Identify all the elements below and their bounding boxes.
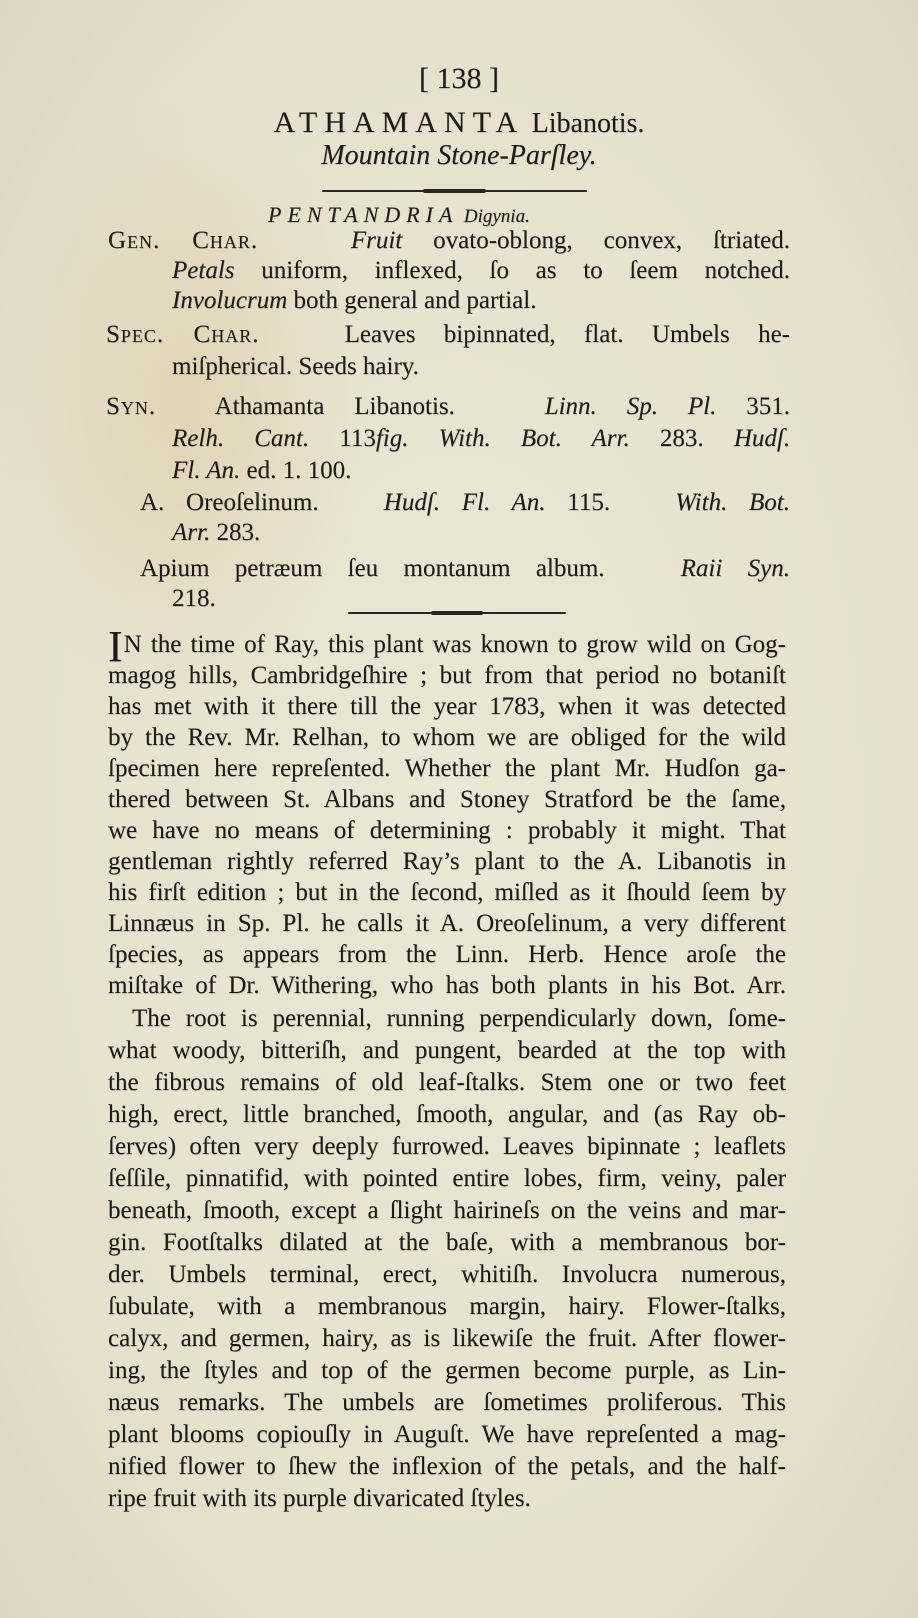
- body-line: high, erect, little branched, ſmooth, an…: [108, 1100, 786, 1130]
- body-line: his firſt edition ; but in the ſecond, m…: [108, 878, 786, 908]
- spec-char-label: Spec. Char.: [106, 321, 259, 348]
- body-line: the fibrous remains of old leaf-ſtalks. …: [108, 1068, 786, 1098]
- body-line: der. Umbels terminal, erect, whitiſh. In…: [108, 1260, 786, 1290]
- body-line: beneath, ſmooth, except a ſlight hairine…: [108, 1196, 786, 1226]
- syn-ref: Linn. Sp. Pl.: [545, 393, 717, 420]
- body-line: has met with it there till the year 1783…: [108, 692, 786, 722]
- syn-num: 115.: [567, 489, 610, 516]
- body-line: gentleman rightly referred Ray’s plant t…: [108, 847, 786, 877]
- syn-name: A. Oreoſelinum.: [140, 489, 319, 516]
- body-line: næus remarks. The umbels are ſometimes p…: [108, 1388, 786, 1418]
- class-name: PENTANDRIA: [268, 202, 458, 227]
- term-involucrum: Involucrum: [172, 287, 287, 314]
- order-name: Digynia.: [464, 206, 530, 227]
- body-line: ſpecies, as appears from the Linn. Herb.…: [108, 940, 786, 970]
- syn-num: 283.: [660, 425, 704, 452]
- body-line: ſerves) often very deeply furrowed. Leav…: [108, 1132, 786, 1162]
- syn-num: 351.: [746, 393, 790, 420]
- syn-num: 283.: [216, 519, 260, 546]
- species-name: Libanotis.: [532, 108, 645, 139]
- page-title: ATHAMANTA Libanotis.: [0, 106, 918, 141]
- gen-char-line-3: Involucrum both general and partial.: [172, 286, 536, 316]
- syn-fig: fig.: [376, 425, 409, 452]
- body-line: calyx, and germen, hairy, as is likewiſe…: [108, 1324, 786, 1354]
- gen-char-text: uniform, inflexed, ſo as to ſeem notched…: [235, 257, 791, 284]
- spec-char-text: Leaves bipinnated, flat. Umbels he-: [345, 321, 790, 348]
- syn-label: Syn.: [106, 393, 156, 420]
- syn-ref: With. Bot. Arr.: [439, 425, 630, 452]
- gen-char-line-1: Gen. Char. Fruit ovato-oblong, convex, ſ…: [108, 226, 790, 256]
- syn-ref: Arr.: [172, 519, 210, 546]
- syn-line-7: 218.: [172, 584, 216, 614]
- gen-char-label: Gen. Char.: [108, 227, 258, 254]
- syn-ref: Relh. Cant.: [172, 425, 309, 452]
- body-line: thered between St. Albans and Stoney Str…: [108, 785, 786, 815]
- body-line: ing, the ſtyles and top of the germen be…: [108, 1356, 786, 1386]
- book-page: [ 138 ] ATHAMANTA Libanotis. Mountain St…: [0, 0, 918, 1618]
- syn-text: ed. 1. 100.: [247, 457, 352, 484]
- body-line: ſeſſile, pinnatifid, with pointed entire…: [108, 1164, 786, 1194]
- spec-char-line-2: miſpherical. Seeds hairy.: [172, 352, 419, 382]
- body-line: we have no means of determining : probab…: [108, 816, 786, 846]
- genus-name: ATHAMANTA: [274, 106, 525, 139]
- page-number: [ 138 ]: [0, 62, 918, 96]
- term-fruit: Fruit: [351, 227, 402, 254]
- syn-line-3: Fl. An. ed. 1. 100.: [172, 456, 351, 486]
- section-divider: [348, 612, 566, 614]
- syn-line-1: Syn. Athamanta Libanotis. Linn. Sp. Pl. …: [106, 392, 790, 422]
- common-name-text: Mountain Stone-Parſley.: [321, 140, 596, 171]
- body-line: magog hills, Cambridgeſhire ; but from t…: [108, 661, 786, 691]
- gen-char-line-2: Petals uniform, inflexed, ſo as to ſeem …: [172, 256, 790, 286]
- syn-num: 113: [339, 425, 376, 452]
- body-line: gin. Footſtalks dilated at the baſe, wit…: [108, 1228, 786, 1258]
- syn-line-4: A. Oreoſelinum. Hudſ. Fl. An. 115. With.…: [140, 488, 790, 518]
- syn-ref: Hudſ.: [734, 425, 790, 452]
- body-line: miſtake of Dr. Withering, who has both p…: [108, 971, 786, 1001]
- title-divider: [322, 190, 587, 192]
- common-name: Mountain Stone-Parſley.: [0, 140, 918, 172]
- term-petals: Petals: [172, 257, 235, 284]
- body-line: IN the time of Ray, this plant was known…: [108, 630, 786, 660]
- body-line: by the Rev. Mr. Relhan, to whom we are o…: [108, 723, 786, 753]
- syn-ref: Hudſ. Fl. An.: [384, 489, 546, 516]
- body-line-text: N the time of Ray, this plant was known …: [124, 631, 786, 658]
- body-line: ſubulate, with a membranous margin, hair…: [108, 1292, 786, 1322]
- syn-ref: Raii Syn.: [681, 555, 790, 582]
- gen-char-text: ovato-oblong, convex, ſtriated.: [402, 227, 790, 254]
- body-line: nified flower to ſhew the inflexion of t…: [108, 1452, 786, 1482]
- syn-line-6: Apium petræum ſeu montanum album. Raii S…: [140, 554, 790, 584]
- body-line: plant blooms copiouſly in Auguſt. We hav…: [108, 1420, 786, 1450]
- body-line: ripe fruit with its purple divaricated ſ…: [108, 1484, 531, 1514]
- syn-ref: Fl. An.: [172, 457, 240, 484]
- syn-ref: With. Bot.: [675, 489, 790, 516]
- body-line: Linnæus in Sp. Pl. he calls it A. Oreoſe…: [108, 909, 786, 939]
- syn-name: Apium petræum ſeu montanum album.: [140, 555, 605, 582]
- syn-line-2: Relh. Cant. 113fig. With. Bot. Arr. 283.…: [172, 424, 790, 454]
- syn-line-5: Arr. 283.: [172, 518, 260, 548]
- body-line: The root is perennial, running perpendic…: [132, 1004, 786, 1034]
- spec-char-line-1: Spec. Char. Leaves bipinnated, flat. Umb…: [106, 320, 790, 350]
- gen-char-text: both general and partial.: [287, 287, 536, 314]
- body-line: ſpecimen here repreſented. Whether the p…: [108, 754, 786, 784]
- syn-name: Athamanta Libanotis.: [215, 393, 455, 420]
- body-line: what woody, bitteriſh, and pungent, bear…: [108, 1036, 786, 1066]
